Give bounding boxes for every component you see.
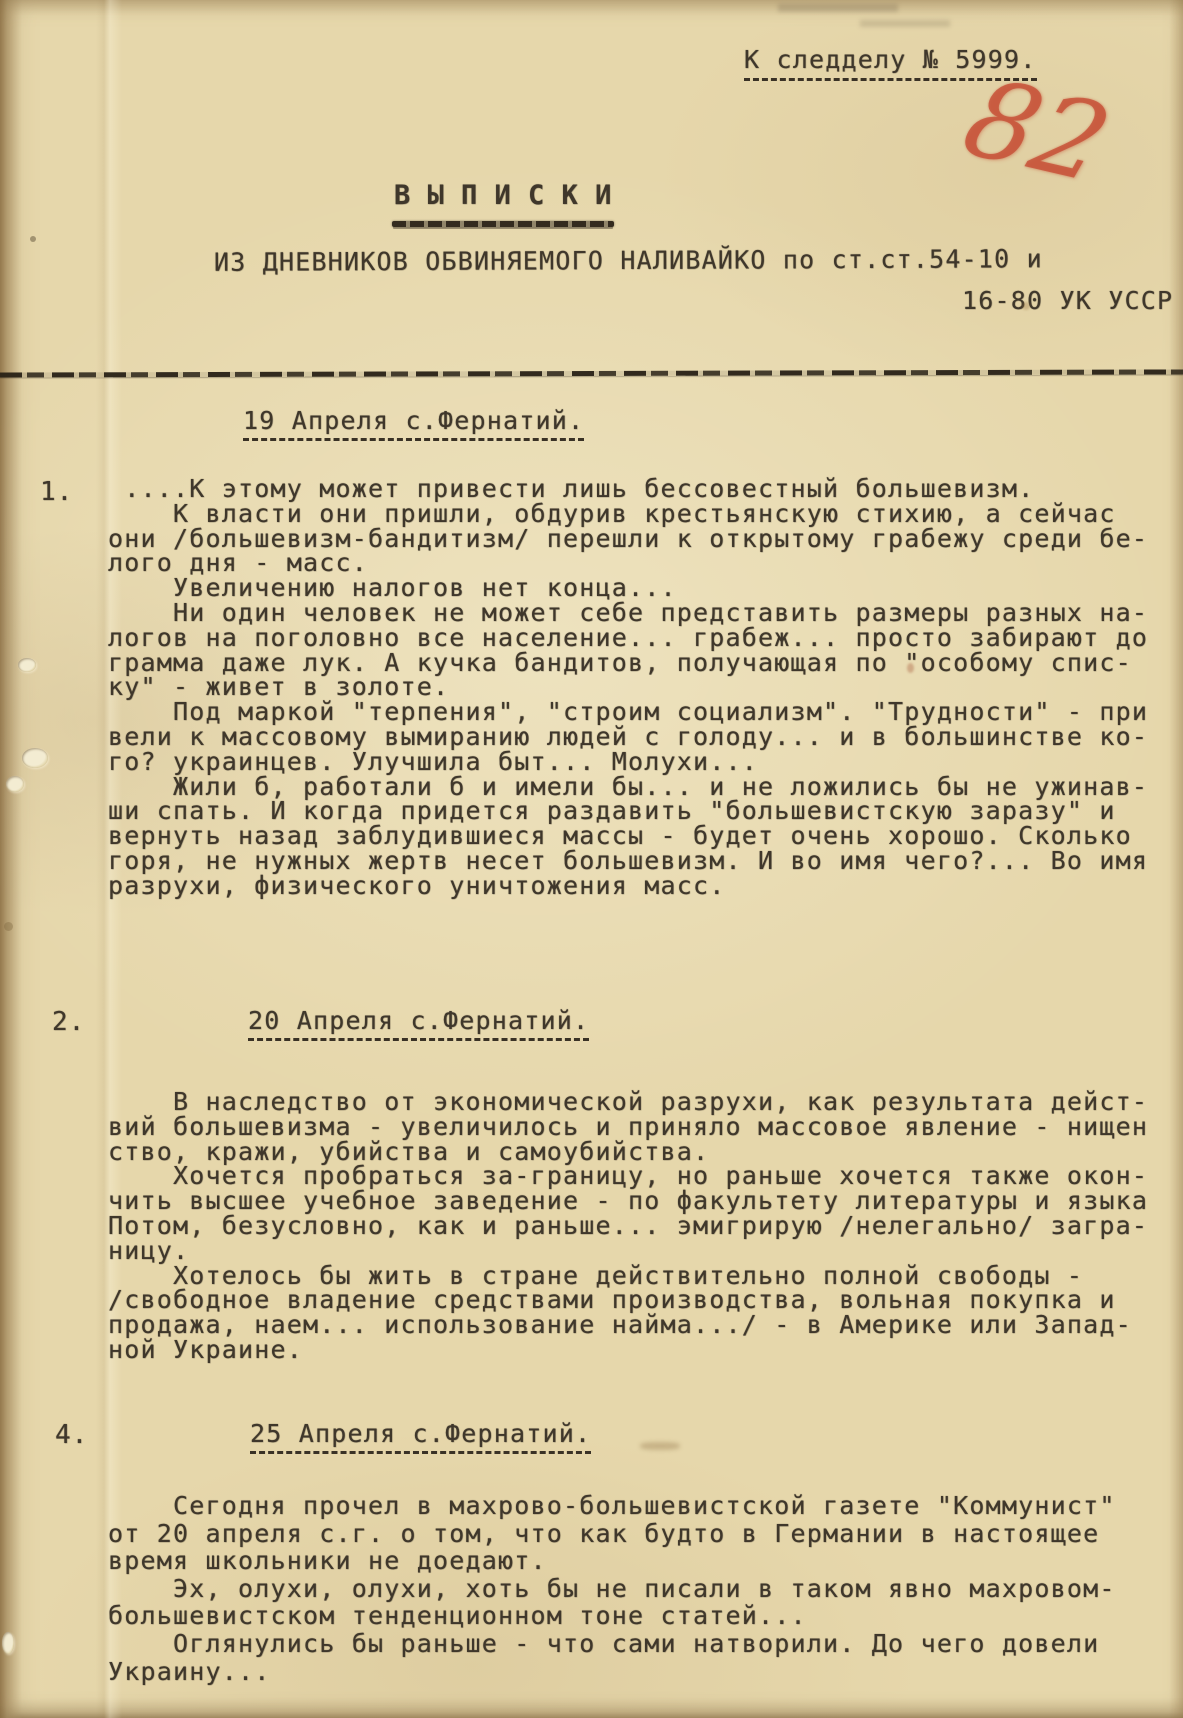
section-heading-19-april: 19 Апреля с.Фернатий.	[243, 406, 584, 441]
paper-speck	[1022, 302, 1030, 310]
handwritten-page-number: 82	[952, 65, 1121, 199]
text-line: большевистском тенденционном тоне статей…	[108, 1602, 1183, 1630]
text-line: Украину...	[108, 1658, 1183, 1686]
document-title: В Ы П И С К И	[394, 180, 612, 211]
text-line: время школьники не доедают.	[108, 1547, 1183, 1575]
text-line: логов на поголовно все население... граб…	[108, 626, 1183, 651]
text-line: Эх, олухи, олухи, хоть бы не писали в та…	[108, 1575, 1183, 1603]
bleed-through-smudge	[860, 20, 950, 27]
title-underline	[392, 221, 614, 227]
text-line: Оглянулись бы раньше - что сами натворил…	[108, 1630, 1183, 1658]
section-number: 4.	[55, 1420, 88, 1450]
section-body: В наследство от экономической разрухи, к…	[108, 1090, 1183, 1363]
section-body: Сегодня прочел в махрово-большевистской …	[108, 1492, 1183, 1685]
dashed-separator	[0, 369, 1183, 377]
text-line: Сегодня прочел в махрово-большевистской …	[108, 1492, 1183, 1520]
bleed-through-smudge	[778, 4, 898, 12]
document-subtitle-line1: ИЗ ДНЕВНИКОВ ОБВИНЯЕМОГО НАЛИВАЙКО по ст…	[214, 244, 1043, 277]
document-subtitle-line2: 16-80 УК УССР	[962, 286, 1173, 315]
text-line: Потом, безусловно, как и раньше... эмигр…	[108, 1214, 1183, 1239]
paper-hole	[2, 1632, 14, 1654]
text-line: ной Украине.	[108, 1338, 1183, 1363]
text-line: вий большевизма - увеличилось и приняло …	[108, 1115, 1183, 1140]
paper-speck	[30, 236, 36, 242]
document-page: К следделу № 5999. 82 В Ы П И С К И ИЗ Д…	[0, 0, 1183, 1718]
text-line: К власти они пришли, обдурив крестьянску…	[108, 502, 1183, 527]
paper-speck	[4, 922, 13, 931]
paper-hole	[22, 748, 48, 768]
text-line: ницу.	[108, 1239, 1183, 1264]
section-heading-25-april: 25 Апреля с.Фернатий.	[250, 1419, 591, 1454]
text-line: разрухи, физического уничтожения масс.	[108, 874, 1183, 899]
paper-hole	[18, 658, 36, 672]
paper-hole	[6, 776, 24, 792]
paper-speck	[640, 1442, 680, 1450]
paper-speck	[907, 663, 914, 673]
text-line: го? украинцев. Улучшила быт... Молухи...	[108, 750, 1183, 775]
section-number: 2.	[52, 1007, 85, 1037]
section-heading-20-april: 20 Апреля с.Фернатий.	[248, 1006, 589, 1041]
section-number: 1.	[40, 477, 73, 507]
text-line: от 20 апреля с.г. о том, что как будто в…	[108, 1520, 1183, 1548]
section-body: ....К этому может привести лишь бессовес…	[108, 477, 1183, 899]
